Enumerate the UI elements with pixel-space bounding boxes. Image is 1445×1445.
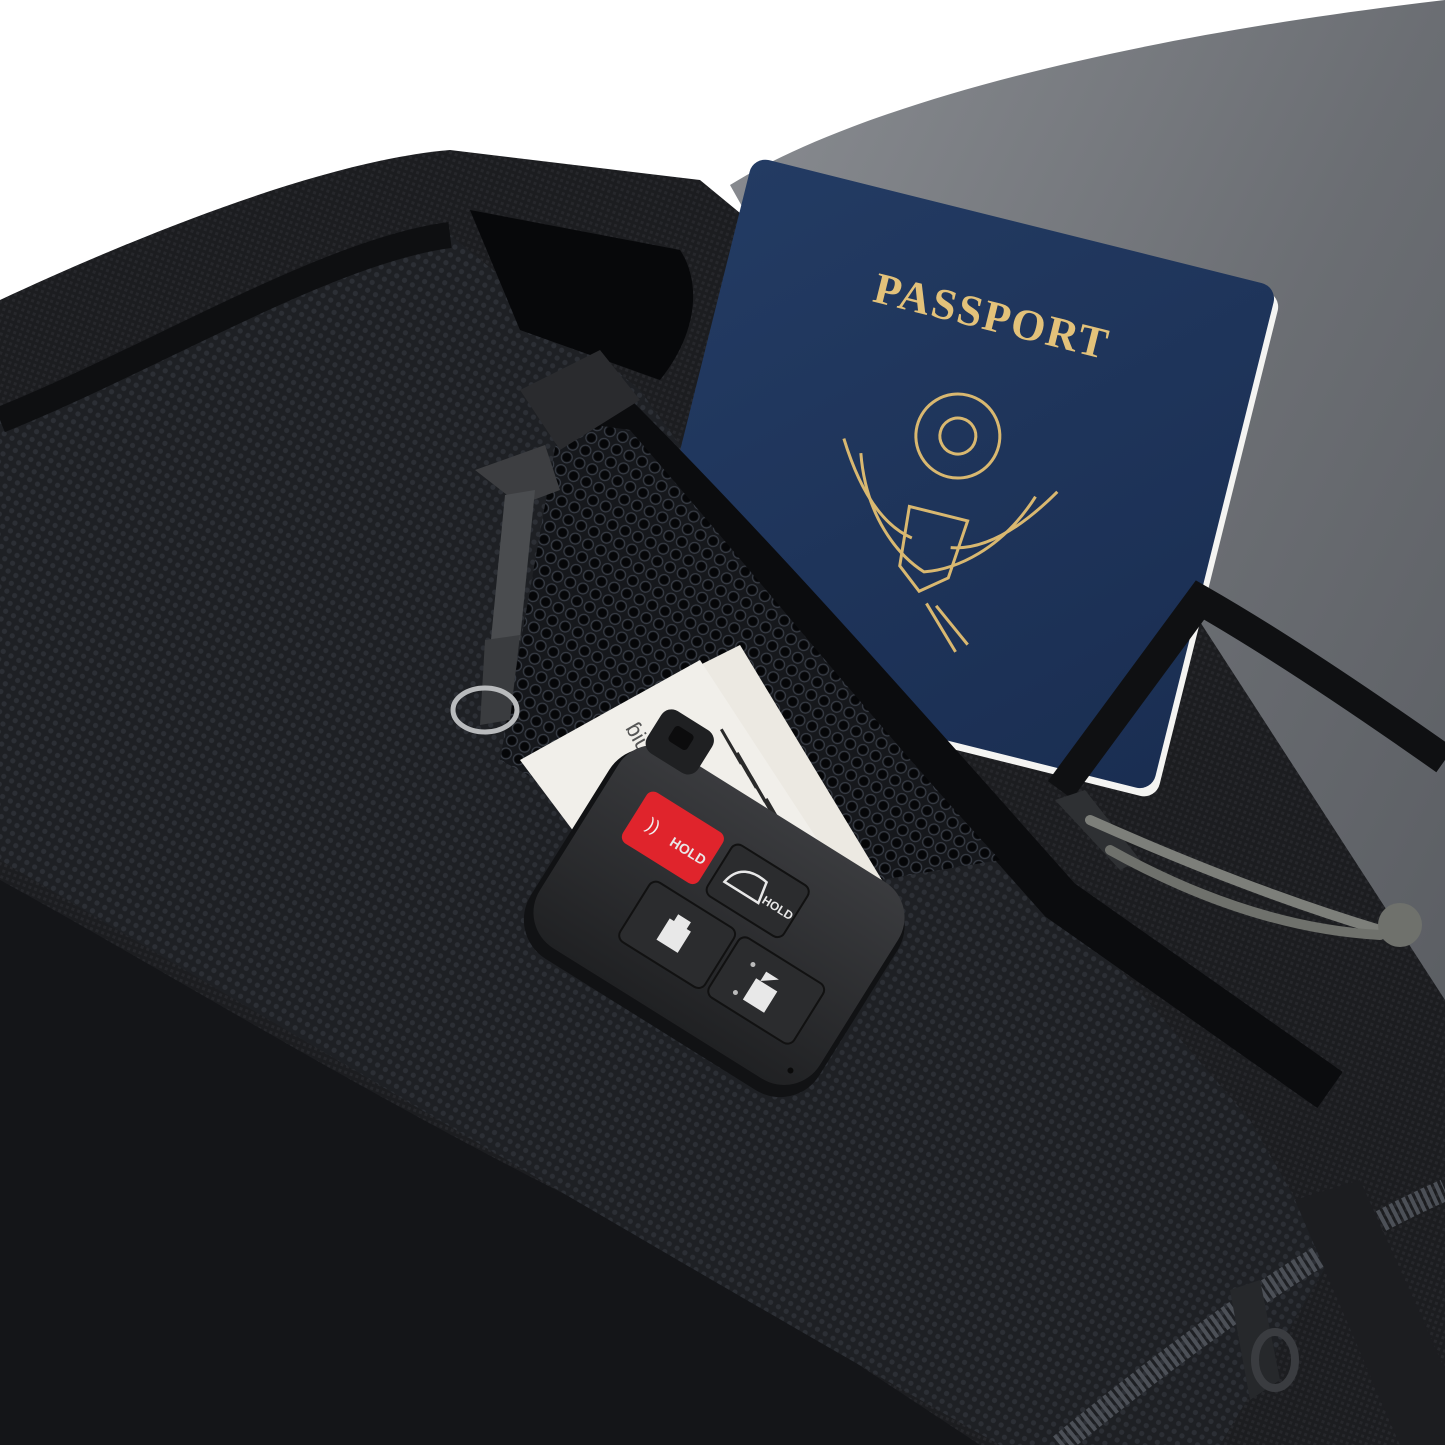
product-photo: PASSPORT [0, 0, 1445, 1445]
